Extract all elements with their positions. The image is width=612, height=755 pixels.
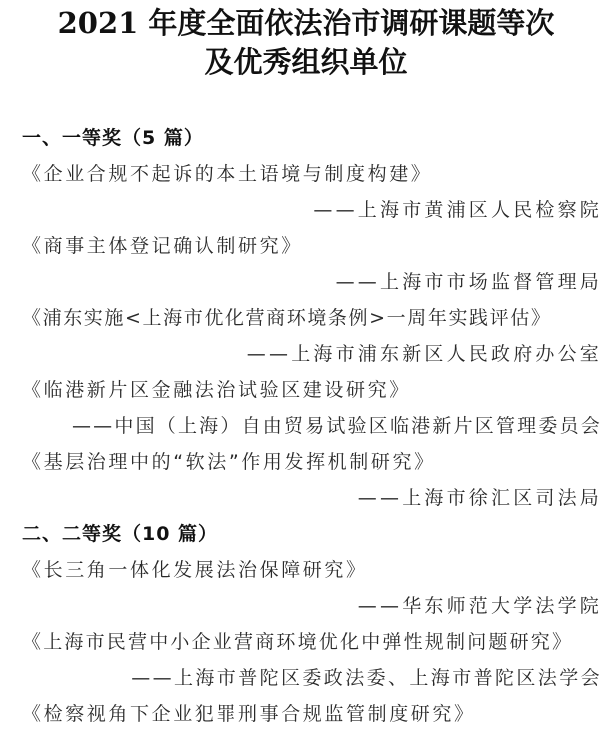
organization-name: ——上海市徐汇区司法局: [358, 485, 602, 511]
organization-name: ——上海市黄浦区人民检察院: [313, 197, 602, 223]
organization-name: ——华东师范大学法学院: [358, 593, 602, 619]
document-title-line-1: 2021 年度全面依法治市调研课题等次: [0, 6, 612, 40]
organization-name: ——中国（上海）自由贸易试验区临港新片区管理委员会: [72, 413, 602, 439]
paper-title: 《浦东实施<上海市优化营商环境条例>一周年实践评估》: [22, 305, 551, 331]
paper-title: 《检察视角下企业犯罪刑事合规监管制度研究》: [22, 701, 476, 727]
paper-title: 《企业合规不起诉的本土语境与制度构建》: [22, 161, 432, 187]
document-page: 2021 年度全面依法治市调研课题等次 及优秀组织单位 一、一等奖（5 篇） 《…: [0, 0, 612, 755]
organization-name: ——上海市浦东新区人民政府办公室: [247, 341, 602, 367]
organization-name: ——上海市市场监督管理局: [336, 269, 602, 295]
paper-title: 《商事主体登记确认制研究》: [22, 233, 303, 259]
paper-title: 《上海市民营中小企业营商环境优化中弹性规制问题研究》: [22, 629, 573, 655]
organization-name: ——上海市普陀区委政法委、上海市普陀区法学会: [131, 665, 602, 691]
section-heading-second-prize: 二、二等奖（10 篇）: [22, 521, 218, 547]
paper-title: 《长三角一体化发展法治保障研究》: [22, 557, 368, 583]
paper-title: 《临港新片区金融法治试验区建设研究》: [22, 377, 411, 403]
section-heading-first-prize: 一、一等奖（5 篇）: [22, 125, 204, 151]
document-title-line-2: 及优秀组织单位: [0, 45, 612, 79]
paper-title: 《基层治理中的“软法”作用发挥机制研究》: [22, 449, 436, 475]
